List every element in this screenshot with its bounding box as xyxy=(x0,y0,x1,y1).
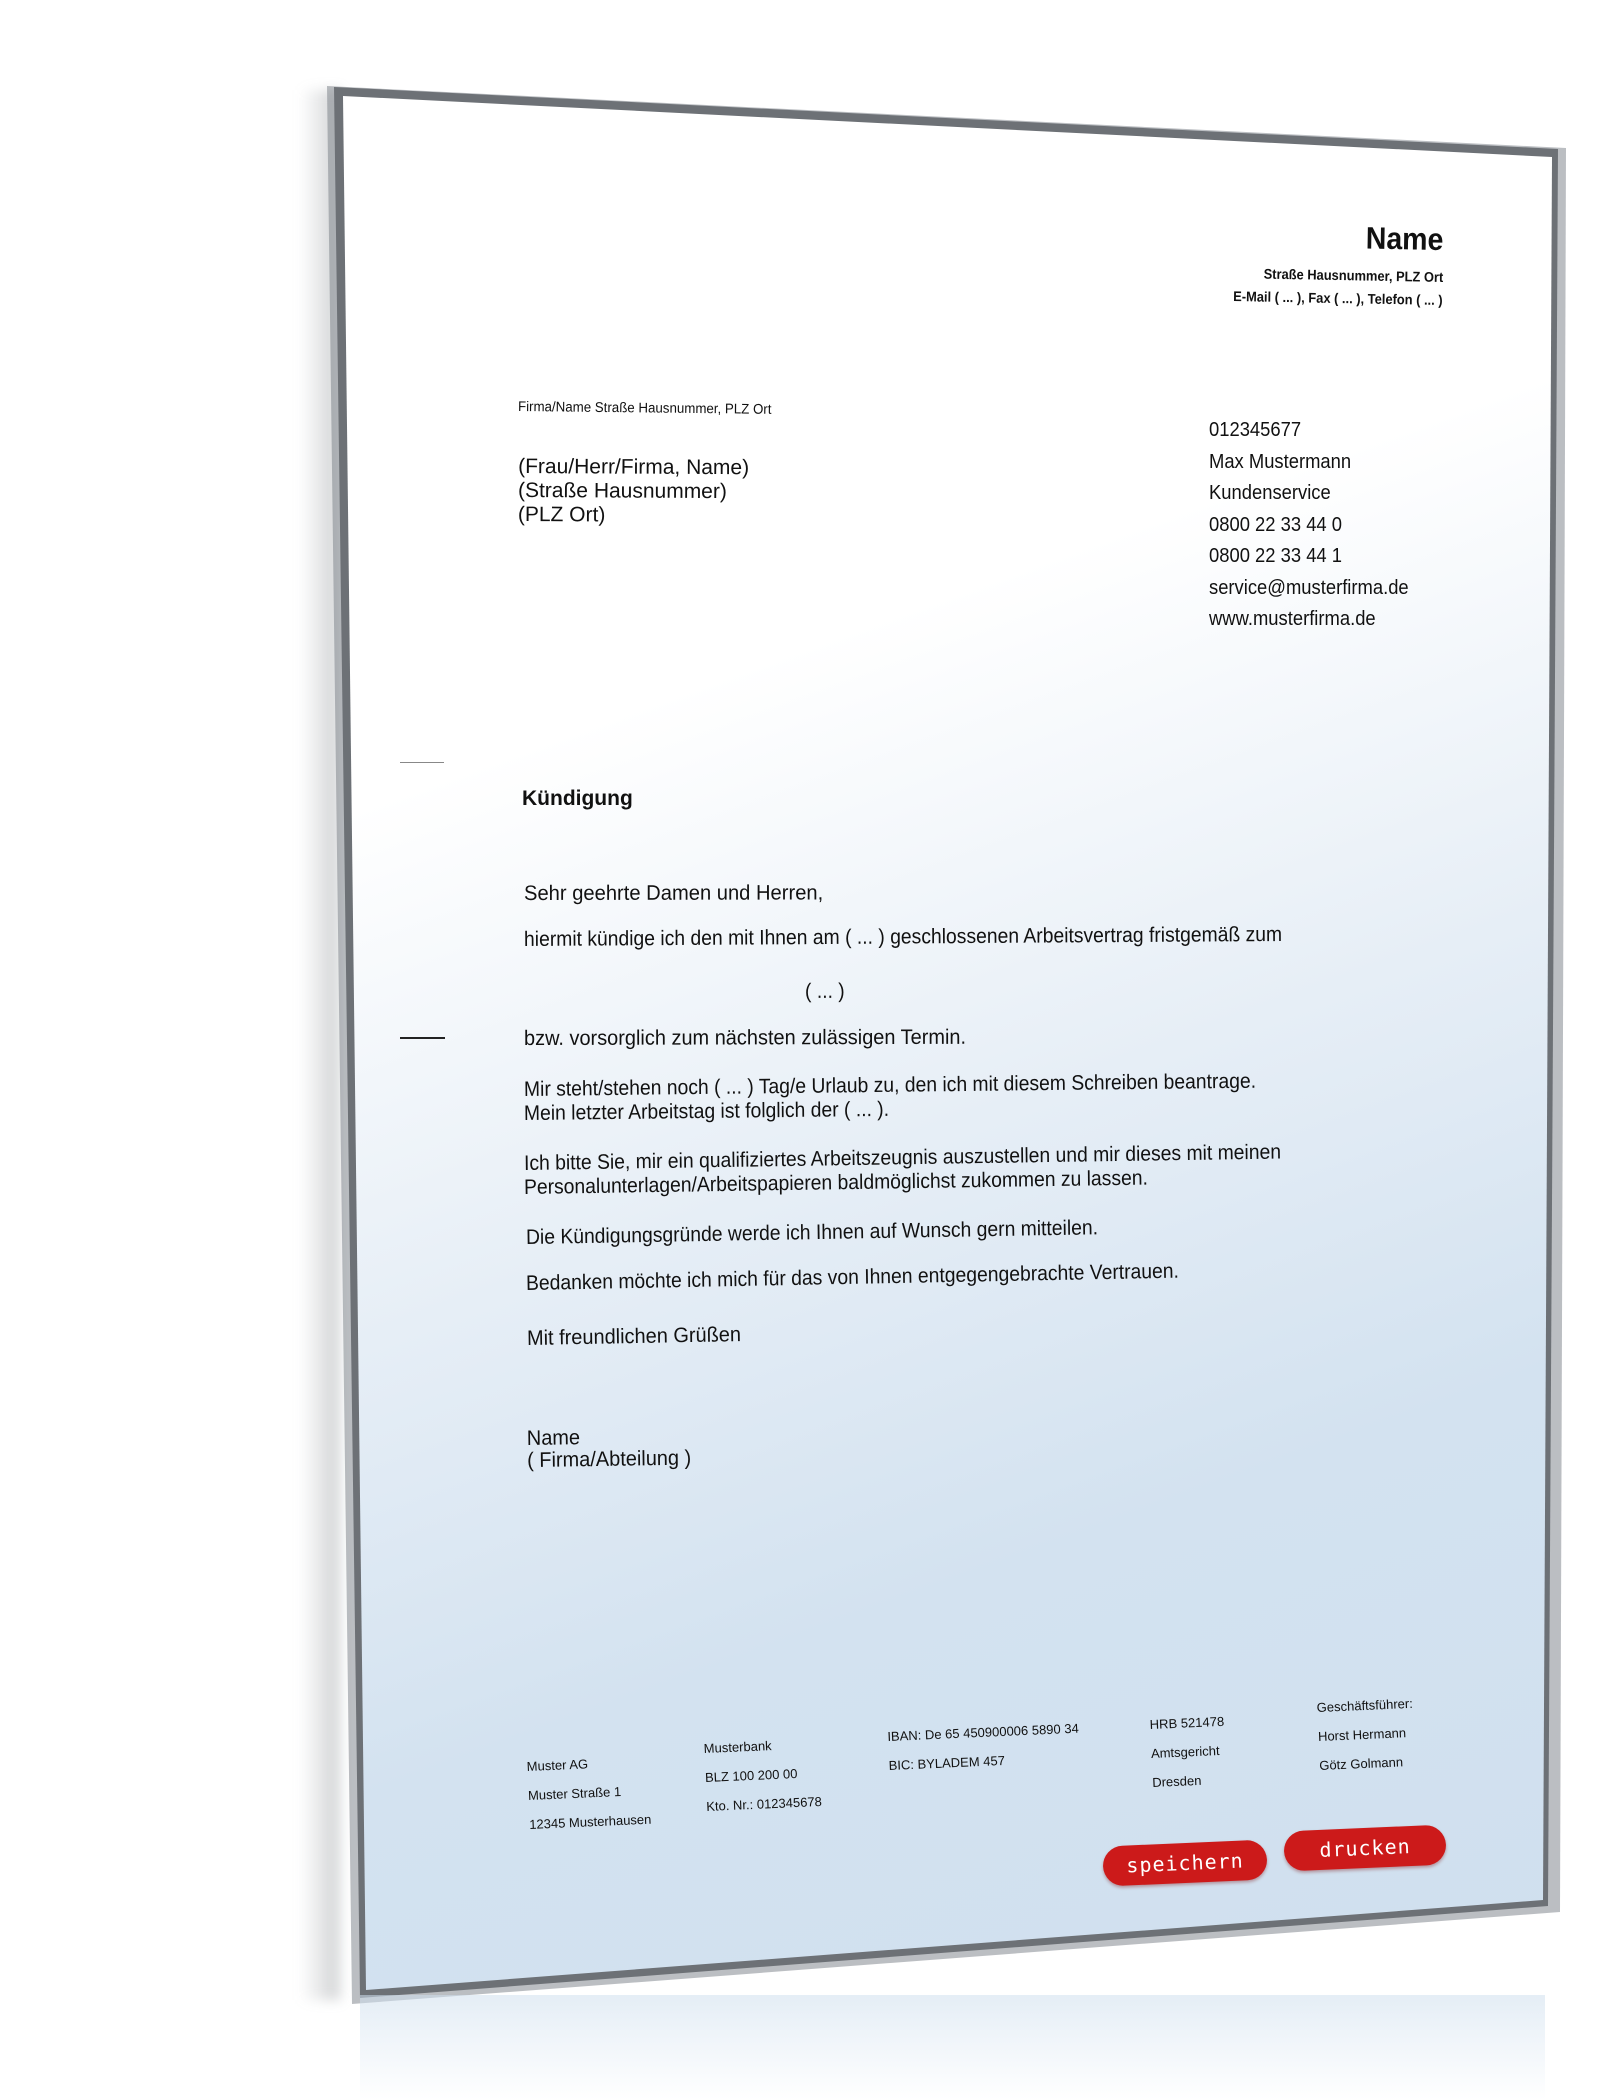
body-paragraph-1: hiermit kündige ich den mit Ihnen am ( .… xyxy=(524,923,1282,952)
fold-mark-punch xyxy=(400,1037,445,1039)
subject-line: Kündigung xyxy=(522,787,633,811)
signature-block: Name ( Firma/Abteilung ) xyxy=(527,1426,692,1472)
info-reference: 012345677 xyxy=(1209,415,1409,447)
print-button[interactable]: drucken xyxy=(1283,1824,1447,1871)
info-website: www.musterfirma.de xyxy=(1209,604,1409,636)
recipient-name: (Frau/Herr/Firma, Name) xyxy=(518,455,749,480)
info-phone: 0800 22 33 44 0 xyxy=(1209,510,1409,542)
info-contact-person: Max Mustermann xyxy=(1209,447,1409,479)
body-paragraph-2: bzw. vorsorglich zum nächsten zulässigen… xyxy=(524,1026,966,1051)
recipient-street: (Straße Hausnummer) xyxy=(518,479,749,504)
recipient-address: (Frau/Herr/Firma, Name) (Straße Hausnumm… xyxy=(518,455,749,528)
page-side-shade xyxy=(300,90,340,2000)
recipient-city: (PLZ Ort) xyxy=(518,503,749,528)
footer-management-label: Geschäftsführer: xyxy=(1316,1689,1413,1722)
footer-bank: Musterbank BLZ 100 200 00 Kto. Nr.: 0123… xyxy=(703,1729,822,1821)
body-paragraph-3-line-2: Mein letzter Arbeitstag ist folglich der… xyxy=(524,1098,889,1126)
footer-court-city: Dresden xyxy=(1152,1765,1228,1797)
page-reflection xyxy=(360,1995,1545,2100)
footer-management: Geschäftsführer: Horst Hermann Götz Golm… xyxy=(1316,1689,1416,1780)
signature-department: ( Firma/Abteilung ) xyxy=(527,1448,691,1472)
termination-date-placeholder: ( ... ) xyxy=(805,980,845,1004)
salutation: Sehr geehrte Damen und Herren, xyxy=(524,881,823,906)
closing: Mit freundlichen Grüßen xyxy=(527,1323,741,1351)
info-block: 012345677 Max Mustermann Kundenservice 0… xyxy=(1209,415,1409,636)
footer-iban: IBAN: De 65 450900006 5890 34 BIC: BYLAD… xyxy=(887,1714,1081,1780)
save-button[interactable]: speichern xyxy=(1102,1839,1268,1886)
footer-manager-1: Horst Hermann xyxy=(1317,1718,1414,1751)
footer-court: Amtsgericht xyxy=(1150,1736,1226,1768)
footer-hrb: HRB 521478 xyxy=(1149,1707,1225,1739)
info-department: Kundenservice xyxy=(1209,478,1409,510)
footer-register: HRB 521478 Amtsgericht Dresden xyxy=(1149,1707,1227,1797)
letterhead-name: Name xyxy=(1365,221,1443,258)
info-fax: 0800 22 33 44 1 xyxy=(1209,541,1409,573)
fold-mark-top xyxy=(400,762,444,763)
sender-return-line: Firma/Name Straße Hausnummer, PLZ Ort xyxy=(518,398,772,417)
footer-manager-2: Götz Golmann xyxy=(1319,1747,1416,1780)
letterhead-address: Straße Hausnummer, PLZ Ort xyxy=(1263,266,1443,285)
footer-company: Muster AG Muster Straße 1 12345 Musterha… xyxy=(526,1747,652,1839)
footer-company-city: 12345 Musterhausen xyxy=(529,1805,652,1839)
footer-account-number: Kto. Nr.: 012345678 xyxy=(706,1787,823,1821)
info-email: service@musterfirma.de xyxy=(1209,573,1409,605)
